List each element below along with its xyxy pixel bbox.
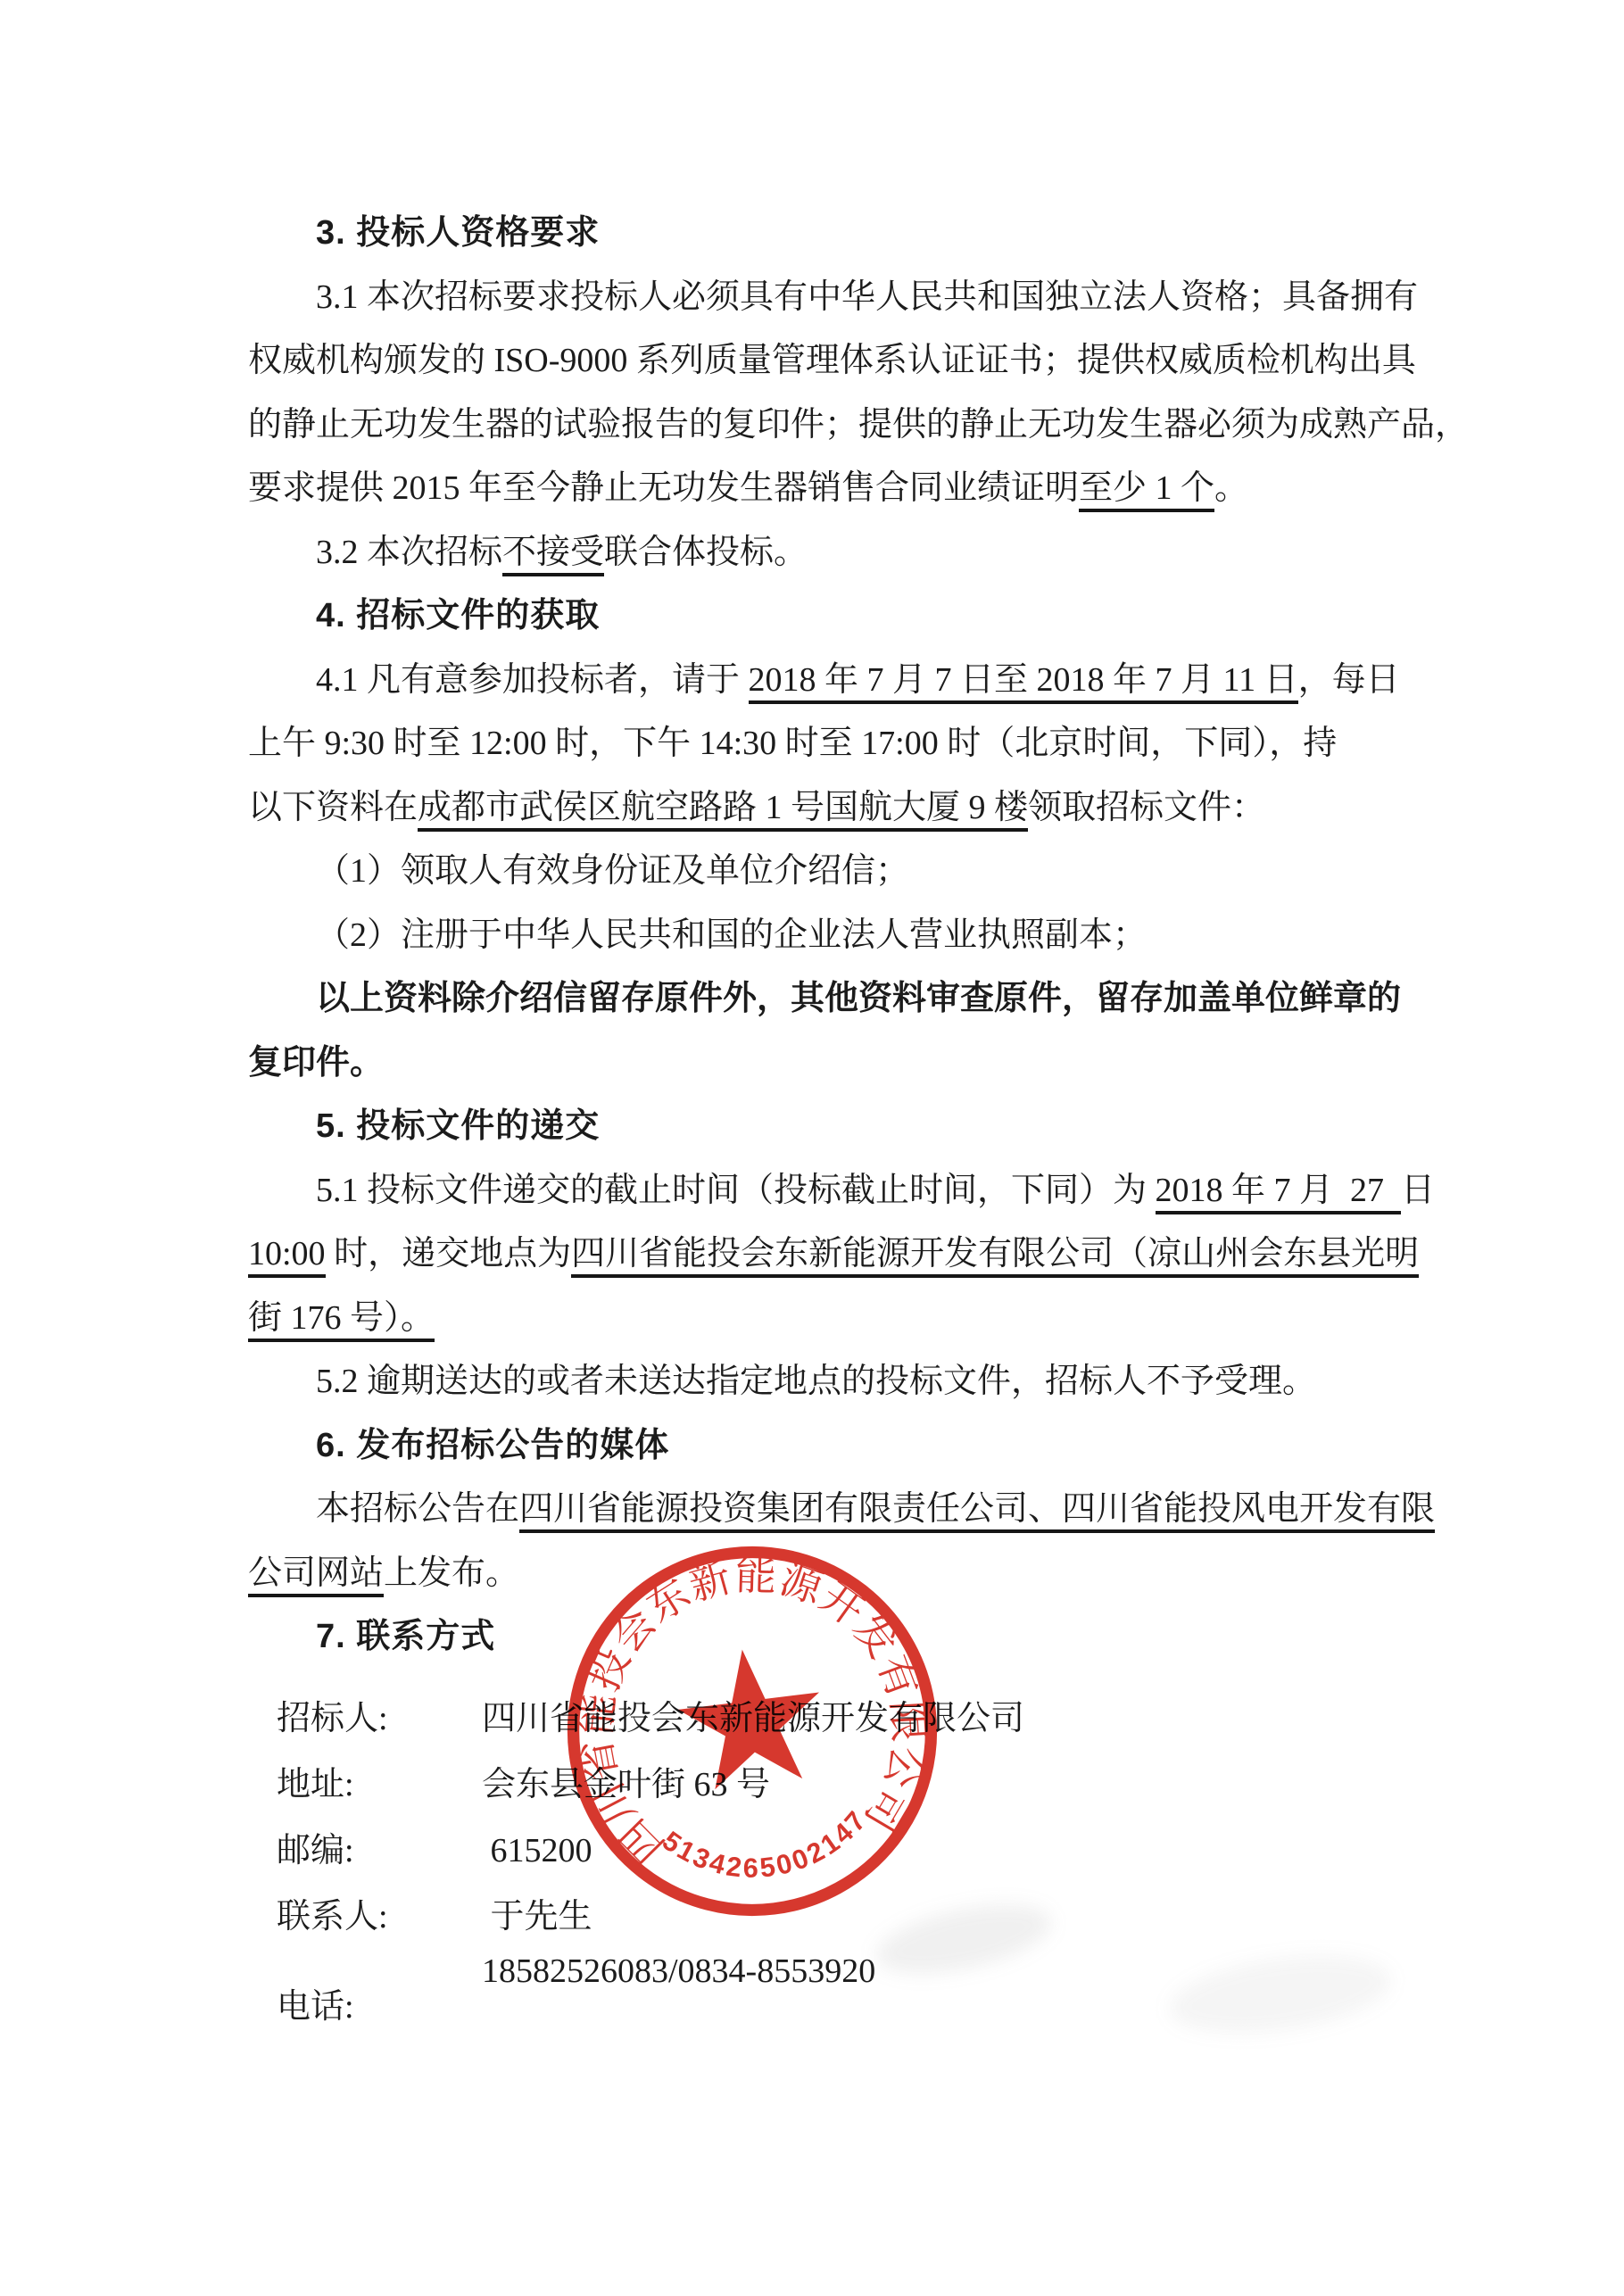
text-segment: 5. 投标文件的递交 — [316, 1107, 600, 1145]
text-segment: 5.1 投标文件递交的截止时间（投标截止时间，下同）为 — [316, 1172, 1156, 1209]
text-segment: 复印件。 — [248, 1044, 384, 1082]
document-page: 3. 投标人资格要求3.1 本次招标要求投标人必须具有中华人民共和国独立法人资格… — [0, 0, 1624, 2296]
text-segment: 日 — [1401, 1172, 1435, 1209]
section-heading: 3. 投标人资格要求 — [248, 202, 1497, 266]
underlined-text: 2018 年 7 月 27 — [1156, 1172, 1402, 1214]
text-segment: 领取招标文件： — [1028, 789, 1265, 826]
text-line: 权威机构颁发的 ISO-9000 系列质量管理体系认证证书；提供权威质检机构出具 — [248, 329, 1497, 394]
text-line: 的静止无功发生器的试验报告的复印件；提供的静止无功发生器必须为成熟产品， — [248, 394, 1497, 458]
underlined-text: 10:00 — [248, 1235, 326, 1278]
text-segment: 3.1 本次招标要求投标人必须具有中华人民共和国独立法人资格；具备拥有 — [316, 278, 1418, 316]
section-heading: 5. 投标文件的递交 — [248, 1095, 1497, 1159]
text-segment: 3.2 本次招标 — [316, 534, 502, 571]
text-segment: 6. 发布招标公告的媒体 — [316, 1427, 669, 1464]
underlined-text: 至少 1 个 — [1079, 469, 1214, 512]
text-segment: 7. 联系方式 — [316, 1618, 495, 1655]
text-line: 以下资料在成都市武侯区航空路路 1 号国航大厦 9 楼领取招标文件： — [248, 776, 1497, 841]
text-line: （1）领取人有效身份证及单位介绍信； — [248, 840, 1497, 904]
underlined-text: 四川省能源投资集团有限责任公司、四川省能投风电开发有限 — [519, 1490, 1435, 1533]
text-line: 3.1 本次招标要求投标人必须具有中华人民共和国独立法人资格；具备拥有 — [248, 266, 1497, 330]
text-segment: 联合体投标。 — [604, 534, 808, 571]
underlined-text: 公司网站 — [248, 1554, 384, 1597]
seal-star-icon — [672, 1641, 830, 1793]
document-lines: 3. 投标人资格要求3.1 本次招标要求投标人必须具有中华人民共和国独立法人资格… — [248, 202, 1497, 1670]
text-segment: 本招标公告在 — [316, 1490, 519, 1528]
text-segment: 5.2 逾期送达的或者未送达指定地点的投标文件，招标人不予受理。 — [316, 1363, 1316, 1400]
underlined-text: 四川省能投会东新能源开发有限公司（凉山州会东县光明 — [571, 1235, 1419, 1278]
contact-label: 招标人: — [248, 1686, 482, 1752]
text-segment: （2）注册于中华人民共和国的企业法人营业执照副本； — [316, 916, 1147, 954]
text-segment: 以上资料除介绍信留存原件外，其他资料审查原件，留存加盖单位鲜章的 — [316, 980, 1401, 1017]
text-segment: 要求提供 2015 年至今静止无功发生器销售合同业绩证明 — [248, 469, 1079, 507]
text-line: 3.2 本次招标不接受联合体投标。 — [248, 521, 1497, 585]
text-line: 要求提供 2015 年至今静止无功发生器销售合同业绩证明至少 1 个。 — [248, 457, 1497, 521]
text-segment: 上发布。 — [384, 1554, 519, 1592]
text-line: 10:00 时，递交地点为四川省能投会东新能源开发有限公司（凉山州会东县光明 — [248, 1223, 1497, 1287]
text-segment: 以下资料在 — [248, 789, 418, 826]
text-segment: 时，递交地点为 — [326, 1235, 572, 1272]
text-segment: 权威机构颁发的 ISO-9000 系列质量管理体系认证证书；提供权威质检机构出具 — [248, 342, 1416, 379]
text-line: 以上资料除介绍信留存原件外，其他资料审查原件，留存加盖单位鲜章的 — [248, 967, 1497, 1032]
text-segment: （1）领取人有效身份证及单位介绍信； — [316, 852, 909, 890]
underlined-text: 成都市武侯区航空路路 1 号国航大厦 9 楼 — [418, 789, 1028, 832]
text-segment: 4.1 凡有意参加投标者，请于 — [316, 661, 749, 699]
contact-row-phone: 18582526083/0834-8553920 电话: — [248, 1950, 1497, 2075]
text-line: 5.2 逾期送达的或者未送达指定地点的投标文件，招标人不予受理。 — [248, 1350, 1497, 1414]
contact-label: 邮编: — [248, 1818, 482, 1884]
text-segment: 3. 投标人资格要求 — [316, 214, 600, 252]
underlined-text: 街 176 号）。 — [248, 1299, 435, 1342]
text-line: 5.1 投标文件递交的截止时间（投标截止时间，下同）为 2018 年 7 月 2… — [248, 1159, 1497, 1223]
text-line: 复印件。 — [248, 1032, 1497, 1096]
text-segment: 。 — [1214, 469, 1248, 507]
text-segment: ，每日 — [1298, 661, 1400, 699]
text-segment: 的静止无功发生器的试验报告的复印件；提供的静止无功发生器必须为成熟产品， — [248, 406, 1469, 443]
underlined-text: 不接受 — [502, 534, 604, 576]
text-segment: 4. 招标文件的获取 — [316, 597, 600, 634]
company-seal: 四川省能投会东新能源开发有限公司 5134265002147 — [528, 1507, 975, 1954]
underlined-text: 2018 年 7 月 7 日至 2018 年 7 月 11 日 — [749, 661, 1298, 704]
contact-label: 联系人: — [248, 1884, 482, 1950]
text-segment: 上午 9:30 时至 12:00 时，下午 14:30 时至 17:00 时（北… — [248, 725, 1337, 762]
section-heading: 4. 招标文件的获取 — [248, 584, 1497, 649]
contact-label: 地址: — [248, 1752, 482, 1818]
text-line: 上午 9:30 时至 12:00 时，下午 14:30 时至 17:00 时（北… — [248, 712, 1497, 776]
text-line: 街 176 号）。 — [248, 1287, 1497, 1351]
phone-label: 电话: — [277, 1985, 354, 2028]
phone-value: 18582526083/0834-8553920 — [482, 1950, 875, 1993]
text-line: 4.1 凡有意参加投标者，请于 2018 年 7 月 7 日至 2018 年 7… — [248, 649, 1497, 713]
section-heading: 6. 发布招标公告的媒体 — [248, 1414, 1497, 1479]
text-line: （2）注册于中华人民共和国的企业法人营业执照副本； — [248, 904, 1497, 968]
